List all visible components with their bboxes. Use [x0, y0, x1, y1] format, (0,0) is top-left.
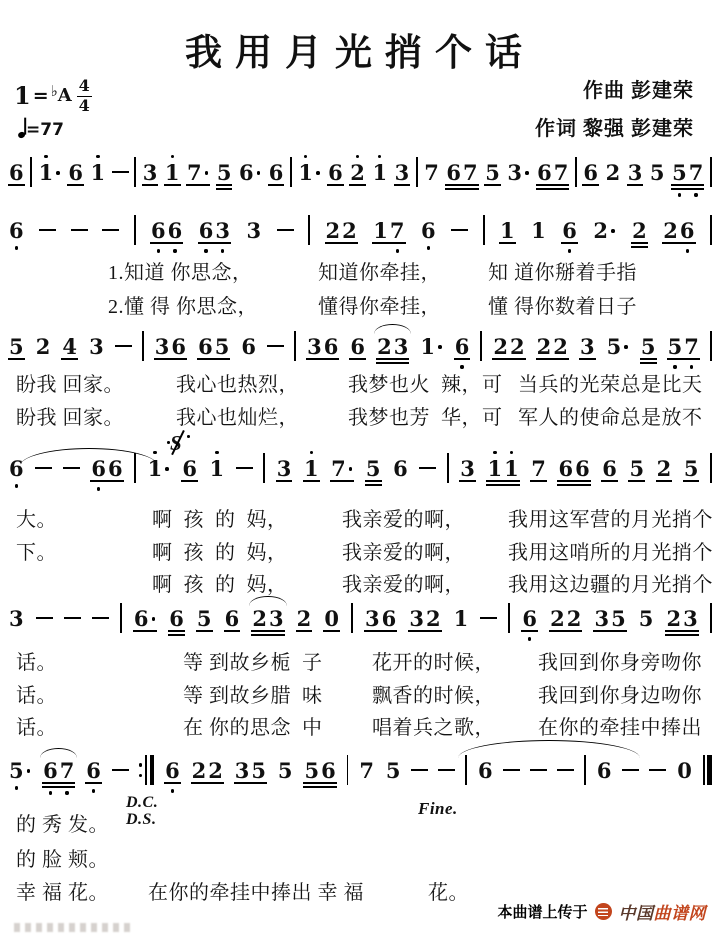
note: 3 [627, 162, 644, 183]
note: 3 [306, 336, 323, 357]
note: 1 [38, 162, 55, 183]
note-group: 5 [649, 162, 666, 183]
note-group: 67 [536, 162, 569, 183]
note-group: 5 [216, 162, 233, 183]
note: 2 [662, 220, 679, 241]
note-group: 3 [246, 220, 263, 241]
note: 7 [530, 458, 547, 479]
lyric-segment: 军人的使命总是放不 [518, 401, 703, 430]
note-group: 35 [234, 760, 267, 781]
note-group: 3 [506, 162, 530, 183]
duration-dash [557, 769, 574, 772]
note-group: 6 [168, 608, 185, 629]
duration-dash [102, 229, 119, 232]
lyric-row: 下。啊 孩 的 妈，我亲爱的啊，我用这哨所的月光捎个 [0, 536, 720, 563]
lyric-row: 话。等 到故乡栀 子花开的时候，我回到你身旁吻你 [0, 646, 720, 673]
song-title: 我用月光捎个话 [0, 22, 720, 76]
note: 5 [250, 760, 267, 781]
note: 7 [186, 162, 203, 183]
octave-dot-below [15, 246, 18, 249]
repeat-dot [139, 763, 142, 766]
octave-dot-below [686, 249, 689, 252]
barline [308, 215, 310, 245]
repeat-barline [139, 755, 155, 785]
note-group: 22 [492, 336, 525, 357]
note-group: 5 [196, 608, 213, 629]
note: 2 [552, 336, 569, 357]
note: 1 [530, 220, 547, 241]
lyric-segment: 盼我 回家。 [16, 368, 124, 397]
octave-dot-below [221, 249, 224, 252]
barline [134, 157, 136, 187]
note-group: 36 [154, 336, 187, 357]
note: 2 [665, 608, 682, 629]
note-group: 6 [8, 220, 25, 241]
augmentation-dot [349, 467, 353, 471]
note: 6 [445, 162, 462, 183]
barline-thick [150, 755, 155, 785]
note: 6 [8, 220, 25, 241]
note-group: 6 [164, 760, 181, 781]
note: 1 [503, 458, 520, 479]
note: 2 [656, 458, 673, 479]
lyric-segment: 飘香的时候， [372, 679, 495, 708]
footer: 本曲谱上传于 中国曲谱网 [497, 899, 706, 924]
ds-marking: D.S. [126, 811, 156, 829]
note-group: 6 [582, 162, 599, 183]
note: 5 [671, 162, 688, 183]
note-group: 6 [521, 608, 538, 629]
note: 2 [35, 336, 52, 357]
note: 6 [536, 162, 553, 183]
quarter-note-icon [17, 131, 25, 138]
duration-dash [419, 467, 436, 470]
lyric-row: 啊 孩 的 妈，我亲爱的啊，我用这边疆的月光捎个 [0, 568, 720, 595]
barline [710, 157, 712, 187]
octave-dot-above [96, 155, 99, 158]
note: 6 [327, 162, 344, 183]
duration-dash [63, 467, 80, 470]
note: 6 [320, 760, 337, 781]
note-group: 22 [191, 760, 224, 781]
lyric-segment: 花。 [428, 876, 469, 905]
note-group: 57 [667, 336, 700, 357]
note: 6 [240, 336, 257, 357]
duration-dash [39, 229, 56, 232]
note: 3 [234, 760, 251, 781]
lyric-segment: 我亲爱的啊， [342, 536, 465, 565]
barline [710, 453, 712, 483]
duration-dash [649, 769, 666, 772]
note-group: 6 [601, 458, 618, 479]
note-group: 6 [181, 458, 198, 479]
note-group: 1 [164, 162, 181, 183]
octave-dot-below [15, 484, 18, 487]
octave-dot-below [204, 249, 207, 252]
note: 6 [181, 458, 198, 479]
note: 6 [150, 220, 167, 241]
note: 5 [649, 162, 666, 183]
note-group: 57 [671, 162, 704, 183]
note-group: 1 [499, 220, 516, 241]
note: 6 [42, 760, 59, 781]
note-group: 6 [67, 162, 84, 183]
barline [290, 157, 292, 187]
lyric-segment: 啊 孩 的 妈， [152, 568, 288, 597]
octave-dot-above [215, 451, 218, 454]
lyric-segment: 我用这军营的月光捎个 [508, 503, 713, 532]
barline [120, 603, 122, 633]
lyric-segment: 话。 [16, 679, 57, 708]
note: 3 [276, 458, 293, 479]
octave-dot-above [153, 451, 156, 454]
note: 6 [133, 608, 150, 629]
octave-dot-above [378, 155, 381, 158]
octave-dot-below [396, 249, 399, 252]
octave-dot-above [310, 451, 313, 454]
lyric-segment: 话。 [16, 646, 57, 675]
note-group: 6 [85, 760, 102, 781]
augmentation-dot [316, 171, 320, 175]
lyric-segment: 懂 得你数着日子 [488, 290, 637, 319]
note: 4 [61, 336, 78, 357]
augmentation-dot [205, 171, 209, 175]
note-group: 7 [330, 458, 354, 479]
note: 6 [596, 760, 613, 781]
note: 3 [393, 336, 410, 357]
note-group: 6 [392, 458, 409, 479]
key-equals: = [33, 87, 49, 106]
tie-arc [458, 740, 640, 758]
note: 2 [605, 162, 622, 183]
note: 3 [214, 220, 231, 241]
flat-icon: ♭ [51, 84, 58, 99]
octave-dot-below [49, 791, 52, 794]
music-line: 5243366563662316222235557 [8, 324, 712, 368]
note-group: 6 [133, 608, 157, 629]
duration-dash [64, 617, 81, 620]
note: 2 [509, 336, 526, 357]
duration-dash [115, 345, 132, 348]
lyric-segment: 我用这哨所的月光捎个 [508, 536, 713, 565]
octave-dot-below [678, 193, 681, 196]
note: 3 [8, 608, 25, 629]
note: 3 [246, 220, 263, 241]
lyric-row: 的 秀 发。 [0, 808, 720, 835]
note-group: 22 [549, 608, 582, 629]
note: 2 [376, 336, 393, 357]
note: 7 [688, 162, 705, 183]
note: 2 [566, 608, 583, 629]
barline [347, 755, 349, 785]
note: 5 [640, 336, 657, 357]
note-group: 1 [453, 608, 470, 629]
lyric-segment: 2.懂 得 你思念， [108, 290, 258, 319]
note: 6 [198, 220, 215, 241]
note-group: 6 [8, 162, 25, 183]
note-group: 66 [150, 220, 183, 241]
note-group: 2 [35, 336, 52, 357]
note-group: 6 [420, 220, 437, 241]
barline [480, 331, 482, 361]
note-group: 2 [349, 162, 366, 183]
note: 6 [521, 608, 538, 629]
note-group: 1 [371, 162, 388, 183]
lyric-row: 的 脸 颊。 [0, 843, 720, 870]
note: 3 [88, 336, 105, 357]
note-group: 5 [277, 760, 294, 781]
time-signature: 4 4 [77, 78, 92, 115]
octave-dot-below [173, 249, 176, 252]
barline [134, 215, 136, 245]
lyric-segment: 知道你牵挂， [318, 256, 441, 285]
note: 5 [196, 608, 213, 629]
note: 7 [59, 760, 76, 781]
augmentation-dot [257, 171, 261, 175]
lyric-segment: 我亲爱的啊， [342, 568, 465, 597]
lyric-segment: 我回到你身边吻你 [538, 679, 702, 708]
lyric-segment: 我回到你身旁吻你 [538, 646, 702, 675]
lyric-row: 盼我 回家。我心也热烈，我梦也火 辣，可当兵的光荣总是比天 [0, 368, 720, 395]
final-barline [703, 755, 712, 785]
note-group: 23 [665, 608, 698, 629]
note-group: 4 [61, 336, 78, 357]
lyric-segment: 大。 [16, 503, 57, 532]
note-group: 1 [90, 162, 107, 183]
note: 5 [385, 760, 402, 781]
note-group: 5 [385, 760, 402, 781]
note: 2 [536, 336, 553, 357]
octave-dot-above [44, 155, 47, 158]
note-group: 26 [662, 220, 695, 241]
note: 6 [349, 336, 366, 357]
note: 5 [365, 458, 382, 479]
lyric-row: 话。在 你的思念 中唱着兵之歌，在你的牵挂中捧出 [0, 711, 720, 738]
note-group: 5 [8, 760, 32, 781]
note-group: 0 [323, 608, 340, 629]
note: 1 [419, 336, 436, 357]
note-group: 5 [638, 608, 655, 629]
music-line: 666633221761162226 [8, 208, 712, 252]
lyric-segment: 我心也热烈， [176, 368, 299, 397]
note: 6 [238, 162, 255, 183]
note: 3 [154, 336, 171, 357]
lyric-segment: 1.知道 你思念， [108, 256, 253, 285]
note: 3 [268, 608, 285, 629]
note-group: 3 [88, 336, 105, 357]
note-group: 17 [372, 220, 405, 241]
note: 5 [683, 458, 700, 479]
repeat-dot [139, 774, 142, 777]
duration-dash [277, 229, 294, 232]
note-group: 36 [364, 608, 397, 629]
slur-arc [374, 324, 411, 334]
note-group: 3 [579, 336, 596, 357]
lyric-segment: 在你的牵挂中捧出 幸 福 [148, 876, 364, 905]
octave-dot-above [356, 155, 359, 158]
time-signature-bottom: 4 [79, 97, 90, 115]
note-group: 6 [561, 220, 578, 241]
composer-credit: 作曲 彭建荣 [583, 74, 694, 103]
duration-dash [112, 769, 129, 772]
note-group: 3 [459, 458, 476, 479]
note: 2 [592, 220, 609, 241]
note: 5 [8, 336, 25, 357]
note: 5 [628, 458, 645, 479]
note-group: 5 [628, 458, 645, 479]
lyric-segment: 等 到故乡腊 味 [183, 679, 323, 708]
note-group: 63 [198, 220, 231, 241]
octave-dot-below [157, 249, 160, 252]
lyric-segment: 知 道你掰着手指 [488, 256, 637, 285]
note: 0 [676, 760, 693, 781]
note-group: 6 [477, 760, 494, 781]
site-brand[interactable]: 中国曲谱网 [619, 899, 707, 924]
note-group: 5 [8, 336, 25, 357]
lyric-segment: 下。 [16, 536, 57, 565]
duration-dash [411, 769, 428, 772]
lyric-segment: 啊 孩 的 妈， [152, 536, 288, 565]
barline [351, 603, 353, 633]
lyric-segment: 懂得你牵挂， [318, 290, 441, 319]
barline [465, 755, 467, 785]
augmentation-dot [27, 769, 31, 773]
duration-dash [112, 171, 129, 174]
duration-dash [622, 769, 639, 772]
duration-dash [36, 617, 53, 620]
barline [30, 157, 32, 187]
note: 1 [209, 458, 226, 479]
duration-dash [530, 769, 547, 772]
note: 7 [423, 162, 440, 183]
note: 6 [197, 336, 214, 357]
note-group: 3 [394, 162, 411, 183]
barline-thick [707, 755, 712, 785]
lyric-row: 1.知道 你思念，知道你牵挂，知 道你掰着手指 [0, 256, 720, 283]
note-group: 1 [303, 458, 320, 479]
barline [575, 157, 577, 187]
duration-dash [71, 229, 88, 232]
note-group: 35 [593, 608, 626, 629]
note-group: 5 [683, 458, 700, 479]
note: 1 [453, 608, 470, 629]
octave-dot-below [65, 791, 68, 794]
lyric-segment: 的 秀 发。 [16, 808, 109, 837]
note: 0 [323, 608, 340, 629]
lyric-segment: 我用这边疆的月光捎个 [508, 568, 713, 597]
octave-dot-below [171, 789, 174, 792]
barline-thin [145, 755, 147, 785]
note: 2 [325, 220, 342, 241]
note-group: 7 [423, 162, 440, 183]
lyric-segment: 我梦也火 辣，可 [348, 368, 503, 397]
key-tonic: 1 [14, 84, 31, 108]
duration-dash [35, 467, 52, 470]
key-signature: 1 = ♭ A 4 4 [14, 78, 92, 115]
note-group: 66 [557, 458, 590, 479]
octave-dot-below [92, 789, 95, 792]
note-group: 6 [240, 336, 257, 357]
note: 6 [420, 220, 437, 241]
note: 5 [484, 162, 501, 183]
note: 6 [67, 162, 84, 183]
note-group: 5 [484, 162, 501, 183]
lyric-row: 大。啊 孩 的 妈，我亲爱的啊，我用这军营的月光捎个 [0, 503, 720, 530]
note: 7 [330, 458, 347, 479]
note: 3 [579, 336, 596, 357]
note: 6 [323, 336, 340, 357]
slur-arc [249, 596, 286, 606]
note-group: 22 [325, 220, 358, 241]
note: 7 [683, 336, 700, 357]
octave-dot-above [493, 451, 496, 454]
barline [584, 755, 586, 785]
note: 2 [425, 608, 442, 629]
note: 3 [459, 458, 476, 479]
octave-dot-below [97, 487, 100, 490]
note-group: 0 [676, 760, 693, 781]
tempo-marking: =77 [18, 120, 64, 140]
note: 3 [394, 162, 411, 183]
octave-dot-above [510, 451, 513, 454]
note-group: 6 [454, 336, 471, 357]
repeat-dots [139, 763, 142, 776]
note: 6 [477, 760, 494, 781]
note: 2 [341, 220, 358, 241]
note: 5 [277, 760, 294, 781]
note: 1 [371, 162, 388, 183]
note: 2 [191, 760, 208, 781]
note: 2 [296, 608, 313, 629]
note: 1 [372, 220, 389, 241]
note: 5 [667, 336, 684, 357]
note-group: 7 [358, 760, 375, 781]
barline [710, 331, 712, 361]
note: 3 [364, 608, 381, 629]
note: 6 [268, 162, 285, 183]
note: 6 [574, 458, 591, 479]
barline [142, 331, 144, 361]
slur-arc [40, 748, 77, 758]
note-group: 65 [197, 336, 230, 357]
note: 5 [638, 608, 655, 629]
note: 7 [389, 220, 406, 241]
augmentation-dot [525, 171, 529, 175]
key-letter: A [58, 87, 72, 105]
note: 5 [216, 162, 233, 183]
barline [710, 215, 712, 245]
note: 6 [557, 458, 574, 479]
note-group: 1 [38, 162, 62, 183]
lyric-segment: 我梦也芳 华，可 [348, 401, 503, 430]
brand-cn: 中国 [619, 904, 654, 923]
note: 6 [381, 608, 398, 629]
barline [447, 453, 449, 483]
lyric-segment: 我心也灿烂， [176, 401, 299, 430]
qupu-logo-icon[interactable] [595, 903, 612, 920]
note: 2 [549, 608, 566, 629]
augmentation-dot [611, 229, 615, 233]
note-group: 67 [445, 162, 478, 183]
note-group: 1 [530, 220, 547, 241]
duration-dash [92, 617, 109, 620]
note: 6 [454, 336, 471, 357]
note: 7 [462, 162, 479, 183]
note-group: 23 [251, 608, 284, 629]
note: 1 [297, 162, 314, 183]
note-group: 23 [376, 336, 409, 357]
tempo-value: =77 [26, 120, 64, 140]
